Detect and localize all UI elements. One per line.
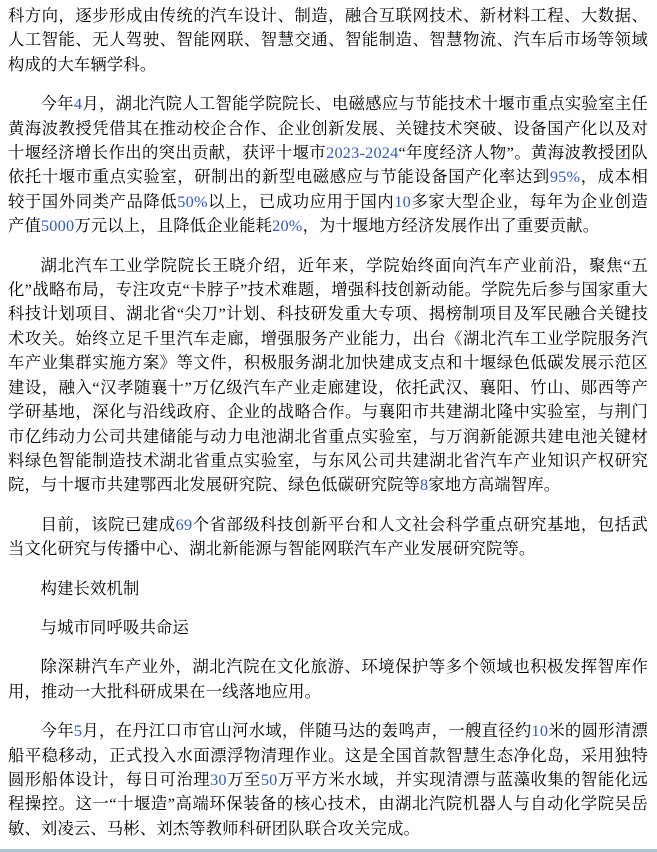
- body-text: 构建长效机制: [41, 579, 140, 598]
- body-text: 万至: [227, 770, 261, 789]
- numeric-text: 50%: [177, 192, 207, 211]
- article-body: 科方向，逐步形成由传统的汽车设计、制造，融合互联网技术、新材料工程、大数据、人工…: [8, 4, 648, 852]
- paragraph: 除深耕汽车产业外，湖北汽院在文化旅游、环境保护等多个领域也积极发挥智库作用，推动…: [8, 655, 648, 704]
- document-page: { "page": { "background_color": "#ffffff…: [0, 0, 657, 852]
- paragraph: 构建长效机制: [8, 577, 648, 601]
- paragraph: 与城市同呼吸共命运: [8, 616, 648, 640]
- body-text: 湖北汽车工业学院院长王晓介绍，近年来，学院始终面向汽车产业前沿，聚焦“五化”战略…: [8, 256, 648, 495]
- body-text: 除深耕汽车产业外，湖北汽院在文化旅游、环境保护等多个领域也积极发挥智库作用，推动…: [8, 657, 648, 700]
- paragraph: 今年4月，湖北汽院人工智能学院院长、电磁感应与节能技术十堰市重点实验室主任黄海波…: [8, 92, 648, 238]
- body-text: 家地方高端智库。: [428, 475, 560, 494]
- numeric-text: 69: [176, 515, 193, 534]
- body-text: 万元以上，且降低企业能耗: [74, 216, 272, 235]
- numeric-text: 20%: [272, 216, 302, 235]
- numeric-text: 10: [394, 192, 411, 211]
- body-text: 月，在丹江口市官山河水域，伴随马达的轰鸣声，一艘直径约: [82, 721, 531, 740]
- paragraph: 今年5月，在丹江口市官山河水域，伴随马达的轰鸣声，一艘直径约10米的圆形清漂船平…: [8, 719, 648, 841]
- paragraph: 湖北汽车工业学院院长王晓介绍，近年来，学院始终面向汽车产业前沿，聚焦“五化”战略…: [8, 254, 648, 498]
- body-text: 今年: [41, 94, 74, 113]
- paragraph: 目前，该院已建成69个省部级科技创新平台和人文社会科学重点研究基地，包括武当文化…: [8, 513, 648, 562]
- numeric-text: 30: [210, 770, 227, 789]
- body-text: 今年: [41, 721, 74, 740]
- numeric-text: 2023-2024: [326, 143, 398, 162]
- numeric-text: 5: [74, 721, 82, 740]
- numeric-text: 10: [532, 721, 549, 740]
- numeric-text: 5000: [41, 216, 74, 235]
- numeric-text: 50: [261, 770, 278, 789]
- body-text: 与城市同呼吸共命运: [41, 618, 189, 637]
- body-text: ，为十堰地方经济发展作出了重要贡献。: [303, 216, 600, 235]
- body-text: 以上，已成功应用于国内: [208, 192, 395, 211]
- body-text: 科方向，逐步形成由传统的汽车设计、制造，融合互联网技术、新材料工程、大数据、人工…: [8, 6, 648, 74]
- paragraph: 科方向，逐步形成由传统的汽车设计、制造，融合互联网技术、新材料工程、大数据、人工…: [8, 4, 648, 77]
- body-text: 目前，该院已建成: [41, 515, 176, 534]
- numeric-text: 4: [74, 94, 82, 113]
- numeric-text: 95%: [550, 167, 580, 186]
